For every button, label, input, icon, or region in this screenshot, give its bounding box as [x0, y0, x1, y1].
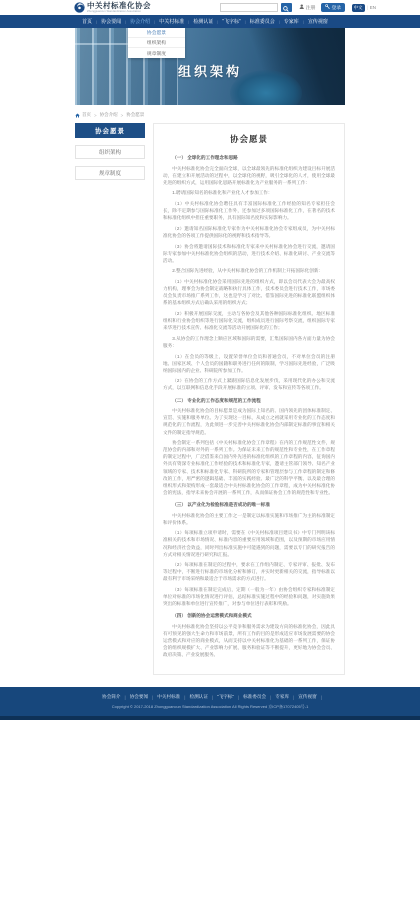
- breadcrumb-current: 协会愿景: [126, 112, 144, 118]
- breadcrumb: 首页 > 协会介绍 > 协会愿景: [75, 112, 345, 118]
- footer-link-media[interactable]: 宣传视窗: [294, 694, 320, 700]
- header-actions: 注册 登录 中文 | EN: [220, 3, 376, 12]
- footer: 协会简介| 协会要闻| 中关村标准| 检测认证| “飞字标”| 标准委员会| 专…: [0, 687, 420, 720]
- page: 中关村标准化协会 Zhongguancun Standardization As…: [0, 0, 420, 908]
- footer-link-standards[interactable]: 中关村标准: [153, 694, 184, 700]
- section-heading: （四） 创新的协会运营模式和商业模式: [163, 612, 335, 619]
- paragraph: （1）每项标准立项申请时，需要在《中关村标准项目建议书》中专门列明该标准相关的技…: [163, 529, 335, 557]
- paragraph: 中关村标准化协会完全面向全球，以全球最领先的标准化组织为建设目标开展活动，在建立…: [163, 165, 335, 186]
- logo-icon: [74, 2, 85, 13]
- footer-link-certification[interactable]: 检测认证: [185, 694, 211, 700]
- divider: |: [245, 19, 246, 24]
- nav-item-news[interactable]: 协会要闻: [101, 18, 121, 25]
- nav-item-standards[interactable]: 中关村标准: [159, 18, 184, 25]
- divider: |: [217, 19, 218, 24]
- copyright: Copyright © 2017-2018 Zhongguancun Stand…: [0, 704, 420, 716]
- paragraph: （1）中关村标准化协会聘任具有丰富国际标准化工作经验的知名专家担任会长，除不定期…: [163, 200, 335, 221]
- register-link[interactable]: 注册: [299, 4, 316, 12]
- breadcrumb-home[interactable]: 首页: [82, 112, 91, 118]
- footer-bottom-strip: [0, 716, 420, 720]
- breadcrumb-separator: >: [94, 113, 97, 118]
- sidebar: 协会愿景 组织架构 规章制度: [75, 123, 145, 180]
- paragraph: （3）每项标准在制定完成后，定期（一般为一年）由协会组织专家和标准制定单位对标准…: [163, 586, 335, 607]
- paragraph: 中关村标准化协会的目标愿景是成为国际上知名的、国内领先的团体标准制定、宣贯、实施…: [163, 407, 335, 435]
- paragraph: 3.从协会的工作理念上顺应区域和国际的需要，汇集国际国内各方面力量为协会服务：: [163, 335, 335, 349]
- paragraph: 中关村标准化协会的主要工作之一是制定以标准实施和市场推广为主的标准制定和评价体系…: [163, 512, 335, 526]
- home-icon: [75, 113, 80, 118]
- nav-dropdown-menu: 协会愿景 组织架构 规章制度: [128, 28, 185, 58]
- dropdown-item-vision[interactable]: 协会愿景: [128, 28, 185, 38]
- section-heading: （一） 全球化的工作理念和思路: [163, 154, 335, 161]
- key-icon: [325, 4, 330, 11]
- sidebar-item-structure[interactable]: 组织架构: [75, 145, 145, 159]
- paragraph: 1.聘请国际知名的标准化和产业化人才参加工作：: [163, 189, 335, 196]
- paragraph: （2）在协会的工作方式上紧跟国际信息化发展步伐，采用现代化的办公和交流方式，以互…: [163, 377, 335, 391]
- paragraph: （2）邀请知名国际标准化专家作为中关村标准化协会专家组成员，为中关村标准化协会的…: [163, 225, 335, 239]
- hero-banner: 组织架构 协会愿景 组织架构 规章制度: [75, 28, 345, 105]
- register-label: 注册: [306, 4, 316, 11]
- divider: |: [303, 19, 304, 24]
- paragraph: 中关村标准化协会坚持以公平竞争和服务需求为建设方向的标准化协会，因此具有可预见的…: [163, 623, 335, 659]
- section-heading: （二） 专业化的工作态度和规范的工作流程: [163, 397, 335, 404]
- login-button[interactable]: 登录: [321, 3, 344, 12]
- divider: |: [125, 19, 126, 24]
- site-logo[interactable]: 中关村标准化协会 Zhongguancun Standardization As…: [74, 2, 151, 13]
- divider: |: [279, 19, 280, 24]
- nav-item-committees[interactable]: 标准委员会: [250, 18, 275, 25]
- footer-link-brand[interactable]: “飞字标”: [213, 694, 238, 700]
- content-area: 协会愿景 组织架构 规章制度 协会愿景 （一） 全球化的工作理念和思路中关村标准…: [75, 123, 345, 675]
- user-icon: [299, 4, 305, 12]
- nav-item-experts[interactable]: 专家库: [284, 18, 299, 25]
- search-input[interactable]: [220, 3, 278, 12]
- paragraph: 2.整合国际先进经验，从中关村标准化协会的工作机制上开拓国际化创新：: [163, 267, 335, 274]
- divider: |: [188, 19, 189, 24]
- breadcrumb-section[interactable]: 协会介绍: [100, 112, 118, 118]
- footer-link-committees[interactable]: 标准委员会: [239, 694, 270, 700]
- site-subtitle: Zhongguancun Standardization Association: [87, 10, 151, 13]
- footer-links: 协会简介| 协会要闻| 中关村标准| 检测认证| “飞字标”| 标准委员会| 专…: [0, 694, 420, 700]
- paragraph: （3）协会将邀请国际技术和标准化专家来中关村标准化协会进行交流，邀请国际专家参加…: [163, 243, 335, 264]
- hero-title: 组织架构: [75, 61, 345, 80]
- search-button[interactable]: [281, 3, 292, 12]
- lang-zh-button[interactable]: 中文: [352, 4, 365, 12]
- divider: |: [154, 19, 155, 24]
- sidebar-item-rules[interactable]: 规章制度: [75, 166, 145, 180]
- article-panel: 协会愿景 （一） 全球化的工作理念和思路中关村标准化协会完全面向全球，以全球最领…: [153, 123, 345, 675]
- logo-text: 中关村标准化协会 Zhongguancun Standardization As…: [87, 2, 151, 13]
- dropdown-item-rules[interactable]: 规章制度: [128, 48, 185, 58]
- content-blocks: （一） 全球化的工作理念和思路中关村标准化协会完全面向全球，以全球最领先的标准化…: [163, 154, 335, 659]
- divider: |: [367, 5, 368, 10]
- page-title: 协会愿景: [163, 133, 335, 145]
- main-nav: 首页| 协会要闻| 协会介绍| 中关村标准| 检测认证| “飞字标”| 标准委员…: [0, 15, 420, 28]
- divider: |: [321, 695, 322, 700]
- nav-item-home[interactable]: 首页: [82, 18, 92, 25]
- sidebar-item-vision-active[interactable]: 协会愿景: [75, 123, 145, 138]
- paragraph: （1）中关村标准化协会采用国际先进的组织方式，即以会员代表大会为最高权力机构，理…: [163, 278, 335, 306]
- section-heading: （三） 以产业化为检验标准是否成功的唯一标准: [163, 501, 335, 508]
- nav-item-media[interactable]: 宣传视窗: [308, 18, 328, 25]
- paragraph: 协会制定一系列包括《中关村标准化协会工作章程》在内的工作规范性文件，规范协会的内…: [163, 439, 335, 496]
- breadcrumb-separator: >: [121, 113, 124, 118]
- nav-item-brand[interactable]: “飞字标”: [222, 18, 240, 25]
- nav-item-about[interactable]: 协会介绍: [130, 18, 150, 25]
- nav-item-certification[interactable]: 检测认证: [193, 18, 213, 25]
- footer-link-news[interactable]: 协会要闻: [126, 694, 152, 700]
- paragraph: （1）在会员的等级上，设置荣誉单位会员和普通会员，不对单位会员的注册地、国家区域…: [163, 353, 335, 374]
- login-label: 登录: [331, 4, 341, 11]
- dropdown-item-structure[interactable]: 组织架构: [128, 38, 185, 48]
- language-switch: 中文 | EN: [352, 4, 376, 12]
- paragraph: （2）积极开展国际交流，主动与各协会及其他各种国际标准化组织、地区标准组织和行业…: [163, 310, 335, 331]
- nav-items: 首页| 协会要闻| 协会介绍| 中关村标准| 检测认证| “飞字标”| 标准委员…: [0, 18, 328, 25]
- footer-link-experts[interactable]: 专家库: [271, 694, 293, 700]
- search-icon: [283, 0, 289, 15]
- lang-en-button[interactable]: EN: [370, 5, 376, 10]
- paragraph: （2）每项标准在制定的过程中，要求在工作组内制定、专家评审、报批、发布等过程中，…: [163, 561, 335, 582]
- footer-link-about[interactable]: 协会简介: [98, 694, 124, 700]
- divider: |: [96, 19, 97, 24]
- top-bar: 中关村标准化协会 Zhongguancun Standardization As…: [0, 0, 420, 15]
